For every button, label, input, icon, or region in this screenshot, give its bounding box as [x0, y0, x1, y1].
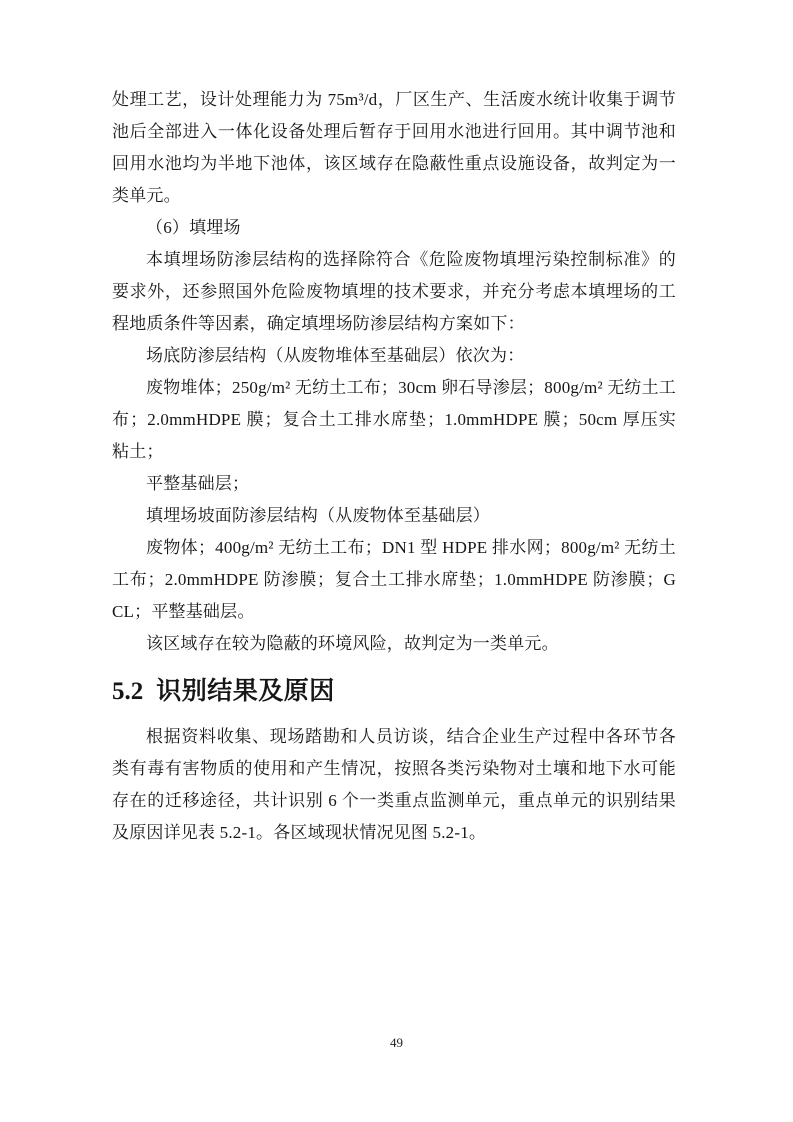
section-heading-title: 识别结果及原因	[156, 678, 335, 705]
paragraph-landfill-liner-intro: 本填埋场防渗层结构的选择除符合《危险废物填埋污染控制标准》的要求外，还参照国外危…	[112, 244, 676, 340]
page-number: 49	[390, 1035, 403, 1050]
paragraph-wastewater-treatment: 处理工艺，设计处理能力为 75m³/d，厂区生产、生活废水统计收集于调节池后全部…	[112, 84, 676, 212]
paragraph-landfill-label: （6）填埋场	[112, 212, 676, 244]
section-heading: 5.2识别结果及原因	[112, 674, 676, 710]
paragraph-risk-conclusion: 该区域存在较为隐蔽的环境风险，故判定为一类单元。	[112, 628, 676, 660]
paragraph-bottom-liner-layers: 废物堆体；250g/m² 无纺土工布；30cm 卵石导渗层；800g/m² 无纺…	[112, 372, 676, 468]
page-footer: 49	[0, 1034, 793, 1052]
page-content: 处理工艺，设计处理能力为 75m³/d，厂区生产、生活废水统计收集于调节池后全部…	[112, 84, 676, 849]
document-page: 处理工艺，设计处理能力为 75m³/d，厂区生产、生活废水统计收集于调节池后全部…	[0, 0, 793, 1122]
paragraph-bottom-liner-title: 场底防渗层结构（从废物堆体至基础层）依次为：	[112, 340, 676, 372]
paragraph-slope-liner-title: 填埋场坡面防渗层结构（从废物体至基础层）	[112, 500, 676, 532]
paragraph-identification-result: 根据资料收集、现场踏勘和人员访谈，结合企业生产过程中各环节各类有毒有害物质的使用…	[112, 721, 676, 849]
paragraph-flat-base-layer: 平整基础层；	[112, 468, 676, 500]
section-heading-number: 5.2	[112, 678, 143, 705]
paragraph-slope-liner-layers: 废物体；400g/m² 无纺土工布；DN1 型 HDPE 排水网；800g/m²…	[112, 532, 676, 628]
